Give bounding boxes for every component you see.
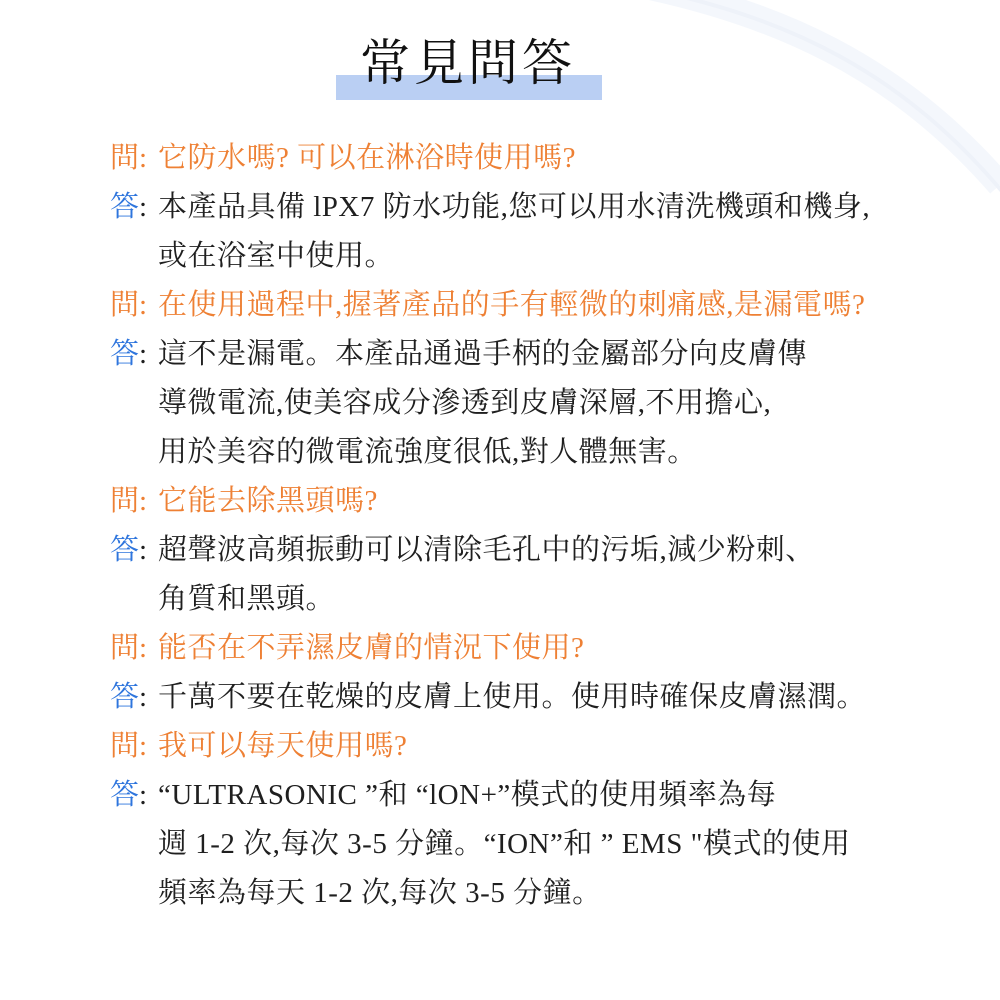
question-text: 它防水嗎? 可以在淋浴時使用嗎? xyxy=(158,134,576,183)
answer-label-spacer xyxy=(110,428,158,477)
answer-text: 超聲波高頻振動可以清除毛孔中的污垢,減少粉刺、 xyxy=(158,526,815,575)
answer-text: 頻率為每天 1-2 次,每次 3-5 分鐘。 xyxy=(158,869,602,918)
faq-page: 常見問答 問:它防水嗎? 可以在淋浴時使用嗎?答:本產品具備 lPX7 防水功能… xyxy=(0,0,1000,1000)
answer-continuation-row: 或在浴室中使用。 xyxy=(110,232,1000,281)
answer-label-char: 答 xyxy=(110,191,139,223)
answer-label-colon: : xyxy=(139,681,147,713)
question-text: 它能去除黑頭嗎? xyxy=(158,477,378,526)
question-row: 問:我可以每天使用嗎? xyxy=(110,722,1000,771)
answer-label: 答: xyxy=(110,673,158,722)
answer-label: 答: xyxy=(110,771,158,820)
answer-label-spacer xyxy=(110,820,158,869)
question-label-char: 問 xyxy=(110,289,139,321)
question-label-colon: : xyxy=(139,485,147,517)
answer-label: 答: xyxy=(110,526,158,575)
question-text: 我可以每天使用嗎? xyxy=(158,722,407,771)
answer-continuation-row: 用於美容的微電流強度很低,對人體無害。 xyxy=(110,428,1000,477)
question-label: 問: xyxy=(110,722,158,771)
question-text: 能否在不弄濕皮膚的情況下使用? xyxy=(158,624,584,673)
answer-text: 這不是漏電。本產品通過手柄的金屬部分向皮膚傳 xyxy=(158,330,807,379)
question-label-colon: : xyxy=(139,632,147,664)
question-row: 問:它防水嗎? 可以在淋浴時使用嗎? xyxy=(110,134,1000,183)
answer-row: 答:“ULTRASONIC ”和 “lON+”模式的使用頻率為每 xyxy=(110,771,1000,820)
answer-text: 或在浴室中使用。 xyxy=(158,232,394,281)
answer-label-spacer xyxy=(110,869,158,918)
page-title: 常見問答 xyxy=(360,34,576,92)
answer-text: 用於美容的微電流強度很低,對人體無害。 xyxy=(158,428,697,477)
answer-continuation-row: 週 1-2 次,每次 3-5 分鐘。“ION”和 ” EMS "模式的使用 xyxy=(110,820,1000,869)
answer-row: 答:千萬不要在乾燥的皮膚上使用。使用時確保皮膚濕潤。 xyxy=(110,673,1000,722)
answer-row: 答:這不是漏電。本產品通過手柄的金屬部分向皮膚傳 xyxy=(110,330,1000,379)
answer-label-char: 答 xyxy=(110,338,139,370)
answer-label-colon: : xyxy=(139,338,147,370)
title-wrap: 常見問答 xyxy=(360,34,576,92)
page-header: 常見問答 xyxy=(0,0,1000,92)
question-label-char: 問 xyxy=(110,142,139,174)
answer-text: 週 1-2 次,每次 3-5 分鐘。“ION”和 ” EMS "模式的使用 xyxy=(158,820,850,869)
answer-label-char: 答 xyxy=(110,681,139,713)
question-label-colon: : xyxy=(139,730,147,762)
answer-label: 答: xyxy=(110,330,158,379)
question-row: 問:能否在不弄濕皮膚的情況下使用? xyxy=(110,624,1000,673)
faq-list: 問:它防水嗎? 可以在淋浴時使用嗎?答:本產品具備 lPX7 防水功能,您可以用… xyxy=(0,134,1000,918)
question-label: 問: xyxy=(110,624,158,673)
question-label-char: 問 xyxy=(110,485,139,517)
answer-label-colon: : xyxy=(139,779,147,811)
question-row: 問:在使用過程中,握著產品的手有輕微的刺痛感,是漏電嗎? xyxy=(110,281,1000,330)
answer-label-colon: : xyxy=(139,191,147,223)
answer-row: 答:本產品具備 lPX7 防水功能,您可以用水清洗機頭和機身, xyxy=(110,183,1000,232)
answer-text: 導微電流,使美容成分滲透到皮膚深層,不用擔心, xyxy=(158,379,771,428)
answer-label-colon: : xyxy=(139,534,147,566)
answer-label-spacer xyxy=(110,232,158,281)
question-label-char: 問 xyxy=(110,632,139,664)
question-label: 問: xyxy=(110,477,158,526)
answer-label-spacer xyxy=(110,379,158,428)
question-label: 問: xyxy=(110,281,158,330)
question-text: 在使用過程中,握著產品的手有輕微的刺痛感,是漏電嗎? xyxy=(158,281,865,330)
answer-label-spacer xyxy=(110,575,158,624)
answer-text: 角質和黑頭。 xyxy=(158,575,335,624)
answer-text: 千萬不要在乾燥的皮膚上使用。使用時確保皮膚濕潤。 xyxy=(158,673,866,722)
answer-row: 答:超聲波高頻振動可以清除毛孔中的污垢,減少粉刺、 xyxy=(110,526,1000,575)
answer-continuation-row: 角質和黑頭。 xyxy=(110,575,1000,624)
answer-text: “ULTRASONIC ”和 “lON+”模式的使用頻率為每 xyxy=(158,771,776,820)
answer-label-char: 答 xyxy=(110,779,139,811)
answer-label-char: 答 xyxy=(110,534,139,566)
answer-continuation-row: 頻率為每天 1-2 次,每次 3-5 分鐘。 xyxy=(110,869,1000,918)
question-label-colon: : xyxy=(139,289,147,321)
question-label-char: 問 xyxy=(110,730,139,762)
answer-continuation-row: 導微電流,使美容成分滲透到皮膚深層,不用擔心, xyxy=(110,379,1000,428)
answer-text: 本產品具備 lPX7 防水功能,您可以用水清洗機頭和機身, xyxy=(158,183,870,232)
question-row: 問:它能去除黑頭嗎? xyxy=(110,477,1000,526)
answer-label: 答: xyxy=(110,183,158,232)
question-label: 問: xyxy=(110,134,158,183)
question-label-colon: : xyxy=(139,142,147,174)
